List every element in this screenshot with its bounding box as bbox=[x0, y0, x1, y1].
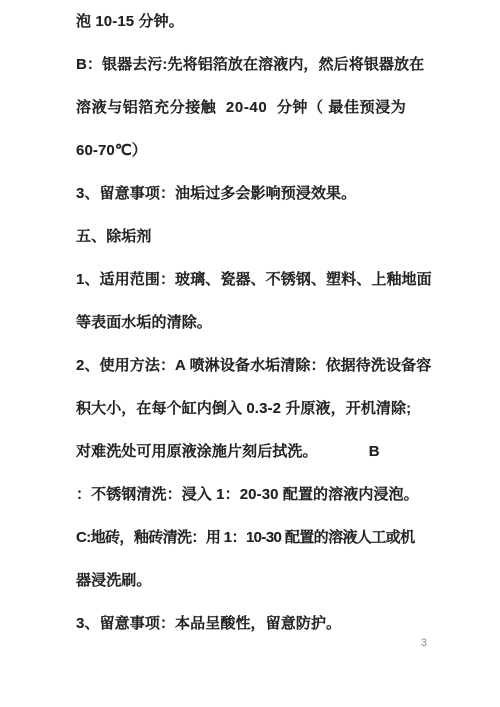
doc-line: ：不锈钢清洗：浸入 1：20-30 配置的溶液内浸泡。 bbox=[76, 473, 432, 516]
doc-line: 等表面水垢的清除。 bbox=[76, 301, 432, 344]
doc-line: 积大小，在每个缸内倒入 0.3-2 升原液，开机清除; bbox=[76, 387, 432, 430]
document-page: 泡 10-15 分钟。 B：银器去污:先将铝箔放在溶液内，然后将银器放在 溶液与… bbox=[0, 0, 500, 707]
doc-line: 60-70℃） bbox=[76, 129, 432, 172]
doc-line: 器浸洗刷。 bbox=[76, 559, 432, 602]
doc-line: 溶液与铝箔充分接触 20-40 分钟（ 最佳预浸为 bbox=[76, 86, 432, 129]
doc-line: C:地砖，釉砖清洗：用 1：10-30 配置的溶液人工或机 bbox=[76, 516, 432, 559]
page-number: 3 bbox=[421, 636, 427, 650]
doc-line: 对难洗处可用原液涂施片刻后拭洗。 B bbox=[76, 430, 432, 473]
doc-line: 3、留意事项：本品呈酸性，留意防护。 bbox=[76, 602, 432, 645]
text-column: 泡 10-15 分钟。 B：银器去污:先将铝箔放在溶液内，然后将银器放在 溶液与… bbox=[76, 0, 432, 645]
doc-line: B：银器去污:先将铝箔放在溶液内，然后将银器放在 bbox=[76, 43, 432, 86]
doc-line: 2、使用方法：A 喷淋设备水垢清除：依据待洗设备容 bbox=[76, 344, 432, 387]
doc-line: 五、除垢剂 bbox=[76, 215, 432, 258]
doc-line: 1、适用范围：玻璃、瓷器、不锈钢、塑料、上釉地面 bbox=[76, 258, 432, 301]
doc-line: 3、留意事项：油垢过多会影响预浸效果。 bbox=[76, 172, 432, 215]
doc-line: 泡 10-15 分钟。 bbox=[76, 0, 432, 43]
